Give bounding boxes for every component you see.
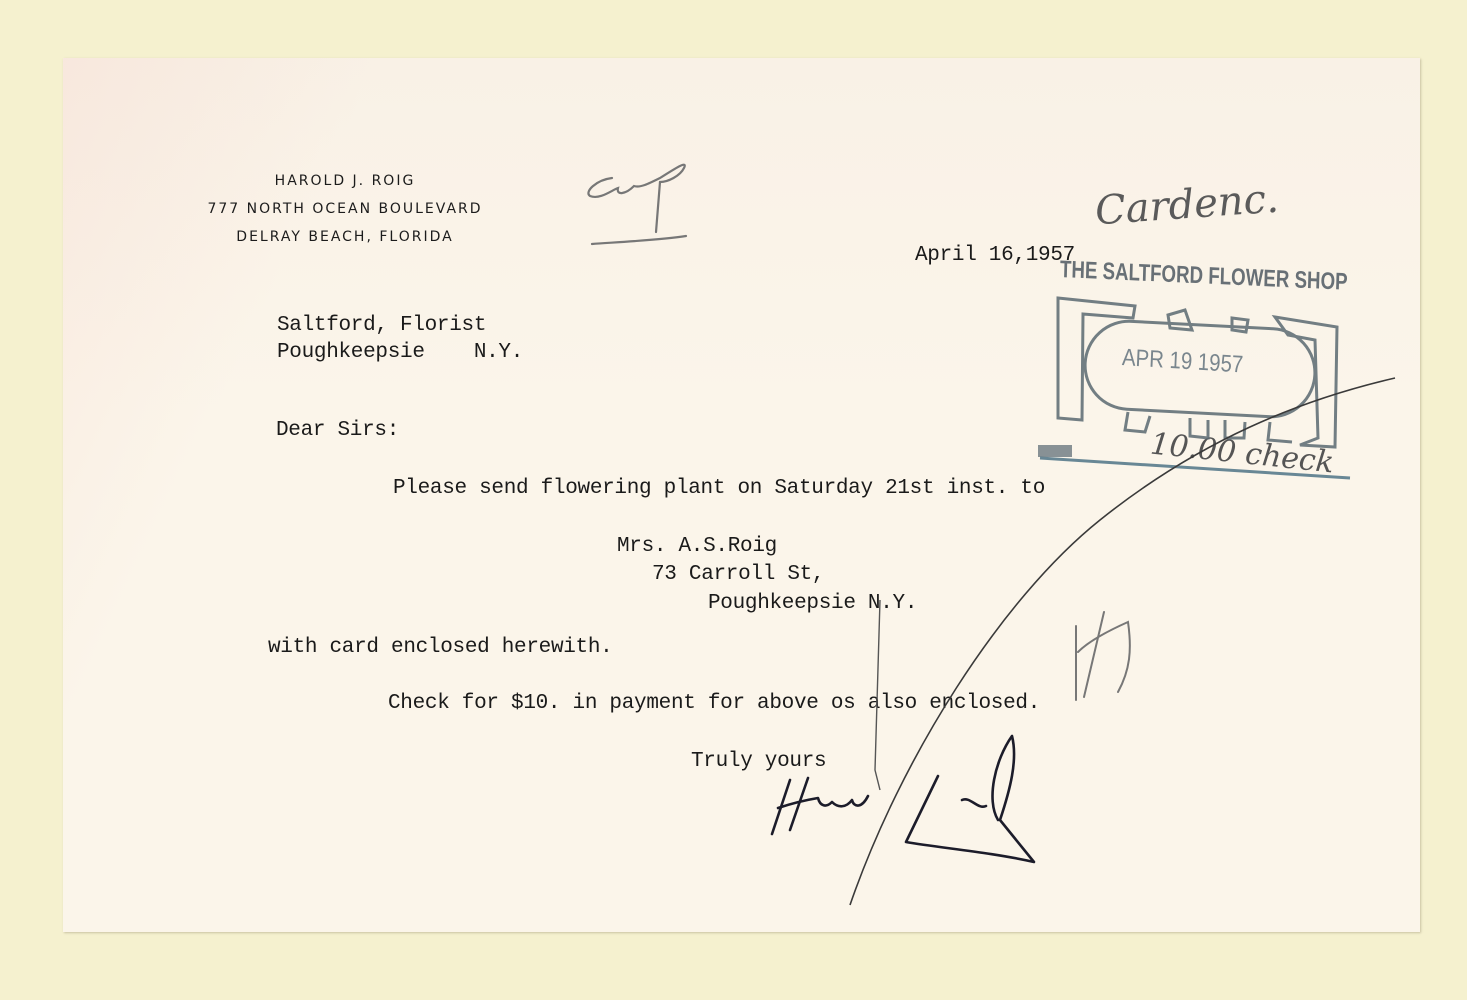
paid-stamp-icon	[1058, 298, 1337, 447]
pencil-initials-icon	[588, 165, 686, 244]
stamp-per-line	[1038, 445, 1350, 478]
pencil-vertical-line	[875, 600, 880, 790]
signature-icon	[772, 736, 1034, 862]
pencil-hb-initials-icon	[1076, 612, 1130, 700]
pencil-diagonal-line	[850, 378, 1395, 905]
ink-marks-layer	[0, 0, 1467, 1000]
